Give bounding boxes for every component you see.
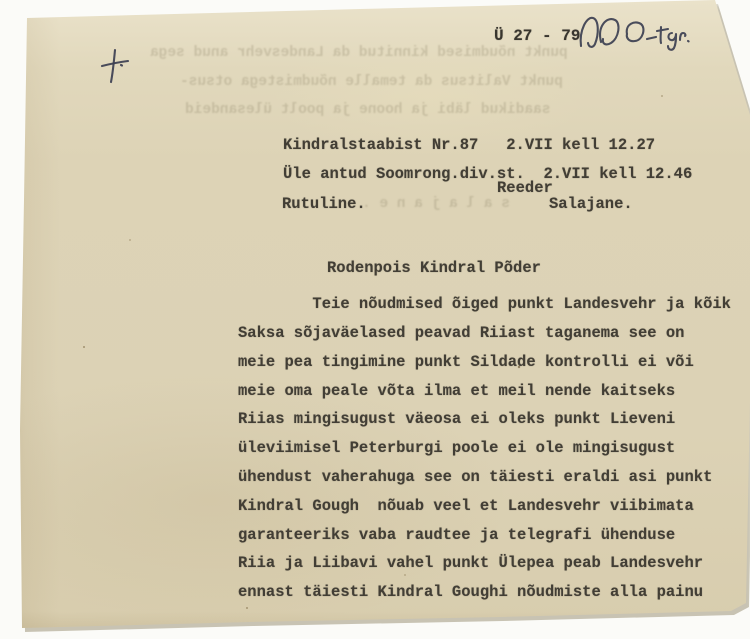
body-line: meie oma peale võta ilma et meil nende k… <box>238 382 675 401</box>
bleed-through-line: punkt Valitsus da temalle nõudmistega ot… <box>180 74 563 90</box>
body-line: Riias mingisugust väeosa ei oleks punkt … <box>238 410 675 429</box>
document-paper: punkt nõudmised kinnitud da Landesvehr a… <box>0 0 750 639</box>
bleed-through-line: saadikud läbi ja hoone ja poolt ülesande… <box>185 102 550 118</box>
body-line: Kindral Gough nõuab veel et Landesvehr v… <box>238 497 694 516</box>
header-priority: Rutuline. <box>282 195 366 214</box>
reference-number: Ü 27 - 79 <box>494 27 580 46</box>
salutation-line: Rodenpois Kindral Põder <box>327 259 541 278</box>
body-line: Saksa sõjaväelased peavad Riiast taganem… <box>238 324 684 343</box>
handwritten-initials-icon <box>573 12 693 56</box>
body-line: ühendust vaherahuga see on täiesti erald… <box>238 468 712 487</box>
body-line: Riia ja Liibavi vahel punkt Ülepea peab … <box>238 554 703 573</box>
header-receiver: Reeder <box>497 179 553 198</box>
bleed-through-line: s a l a j a n e . <box>362 196 510 212</box>
cross-mark-icon <box>98 46 138 86</box>
body-line: ennast täiesti Kindral Goughi nõudmiste … <box>238 583 703 602</box>
header-origin-line: Kindralstaabist Nr.87 2.VII kell 12.27 <box>283 136 655 155</box>
header-classification: Salajane. <box>549 195 633 214</box>
body-line: Teie nõudmised õiged punkt Landesvehr ja… <box>238 295 731 314</box>
header-delivery-line: Üle antud Soomrong.div.st. 2.VII kell 12… <box>283 165 692 184</box>
scan-background: punkt nõudmised kinnitud da Landesvehr a… <box>0 0 750 639</box>
bleed-through-line: punkt nõudmised kinnitud da Landesvehr a… <box>150 45 568 61</box>
body-line: meie pea tingimine punkt Sildade kontrol… <box>238 353 694 372</box>
body-line: garanteeriks vaba raudtee ja telegrafi ü… <box>238 526 675 545</box>
body-line: üleviimisel Peterburgi poole ei ole ming… <box>238 439 675 458</box>
